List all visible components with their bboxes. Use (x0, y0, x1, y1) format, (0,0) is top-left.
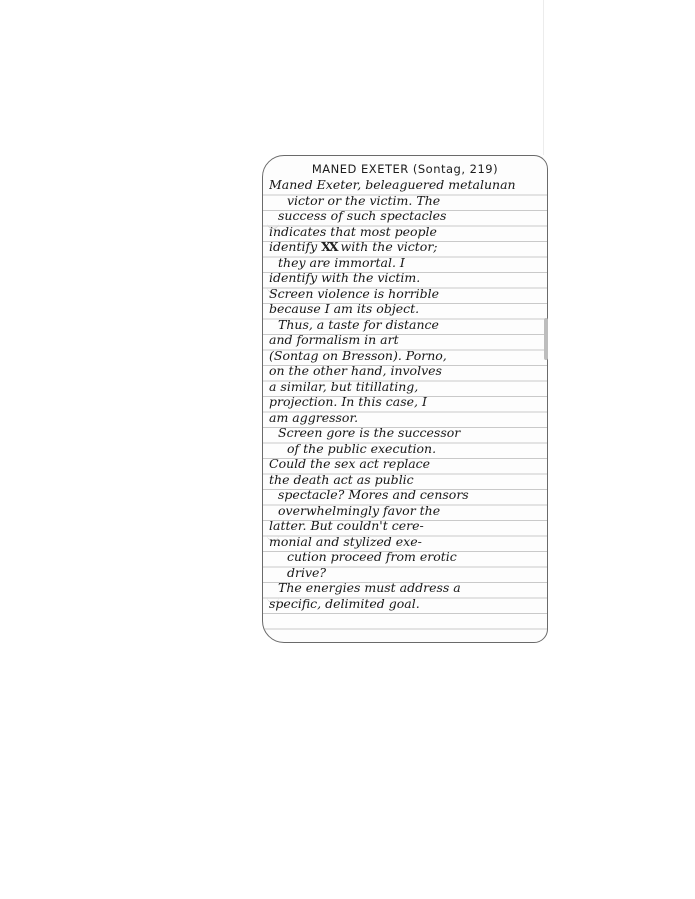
text-line: Screen gore is the successor (269, 425, 541, 441)
line-text: Thus, a taste for distance (278, 317, 439, 332)
line-text: the death act as public (269, 472, 414, 487)
line-text: indicates that most people (269, 224, 437, 239)
text-line: identify XX with the victor; (269, 239, 541, 255)
line-text: a similar, but titillating, (269, 379, 418, 394)
line-text: victor or the victim. The (287, 193, 440, 208)
line-text: am aggressor. (269, 410, 358, 425)
line-text: cution proceed from erotic (287, 549, 457, 564)
text-line: drive? (269, 565, 541, 581)
text-line: am aggressor. (269, 410, 541, 426)
text-line: victor or the victim. The (269, 193, 541, 209)
line-text: of the public execution. (287, 441, 436, 456)
line-text: Screen gore is the successor (278, 425, 460, 440)
line-text: with the victor; (337, 239, 438, 254)
line-text: The energies must address a (278, 580, 461, 595)
line-text: success of such spectacles (278, 208, 446, 223)
line-text: monial and stylized exe- (269, 534, 422, 549)
text-line: latter. But couldn't cere- (269, 518, 541, 534)
text-line: of the public execution. (269, 441, 541, 457)
line-text: drive? (287, 565, 326, 580)
line-text: Screen violence is horrible (269, 286, 439, 301)
text-line: Thus, a taste for distance (269, 317, 541, 333)
text-line: a similar, but titillating, (269, 379, 541, 395)
text-line: Maned Exeter, beleaguered metalunan (269, 177, 541, 193)
text-line: (Sontag on Bresson). Porno, (269, 348, 541, 364)
text-line: cution proceed from erotic (269, 549, 541, 565)
card-edge-shadow (544, 318, 548, 360)
text-line: The energies must address a (269, 580, 541, 596)
line-text: latter. But couldn't cere- (269, 518, 424, 533)
line-text: (Sontag on Bresson). Porno, (269, 348, 447, 363)
line-text: Maned Exeter, beleaguered metalunan (269, 177, 516, 192)
line-text: they are immortal. I (278, 255, 405, 270)
text-line: they are immortal. I (269, 255, 541, 271)
text-line: the death act as public (269, 472, 541, 488)
text-line: indicates that most people (269, 224, 541, 240)
text-line: on the other hand, involves (269, 363, 541, 379)
line-text: identify (269, 239, 321, 254)
line-text: on the other hand, involves (269, 363, 442, 378)
line-text: and formalism in art (269, 332, 399, 347)
line-text: specific, delimited goal. (269, 596, 420, 611)
text-line: because I am its object. (269, 301, 541, 317)
line-text: Could the sex act replace (269, 456, 430, 471)
handwritten-body: Maned Exeter, beleaguered metalunanvicto… (269, 177, 541, 611)
text-line: monial and stylized exe- (269, 534, 541, 550)
text-line: projection. In this case, I (269, 394, 541, 410)
scan-edge (543, 0, 544, 155)
text-line: overwhelmingly favor the (269, 503, 541, 519)
text-line: spectacle? Mores and censors (269, 487, 541, 503)
line-text: because I am its object. (269, 301, 419, 316)
line-text: projection. In this case, I (269, 394, 427, 409)
text-line: and formalism in art (269, 332, 541, 348)
text-line: identify with the victim. (269, 270, 541, 286)
text-line: Screen violence is horrible (269, 286, 541, 302)
text-line: success of such spectacles (269, 208, 541, 224)
line-text: overwhelmingly favor the (278, 503, 440, 518)
crossed-out-word: XX (321, 239, 336, 255)
index-card: MANED EXETER (Sontag, 219) Maned Exeter,… (262, 155, 548, 643)
text-line: Could the sex act replace (269, 456, 541, 472)
card-title: MANED EXETER (Sontag, 219) (263, 162, 547, 176)
line-text: spectacle? Mores and censors (278, 487, 469, 502)
text-line: specific, delimited goal. (269, 596, 541, 612)
line-text: identify with the victim. (269, 270, 420, 285)
